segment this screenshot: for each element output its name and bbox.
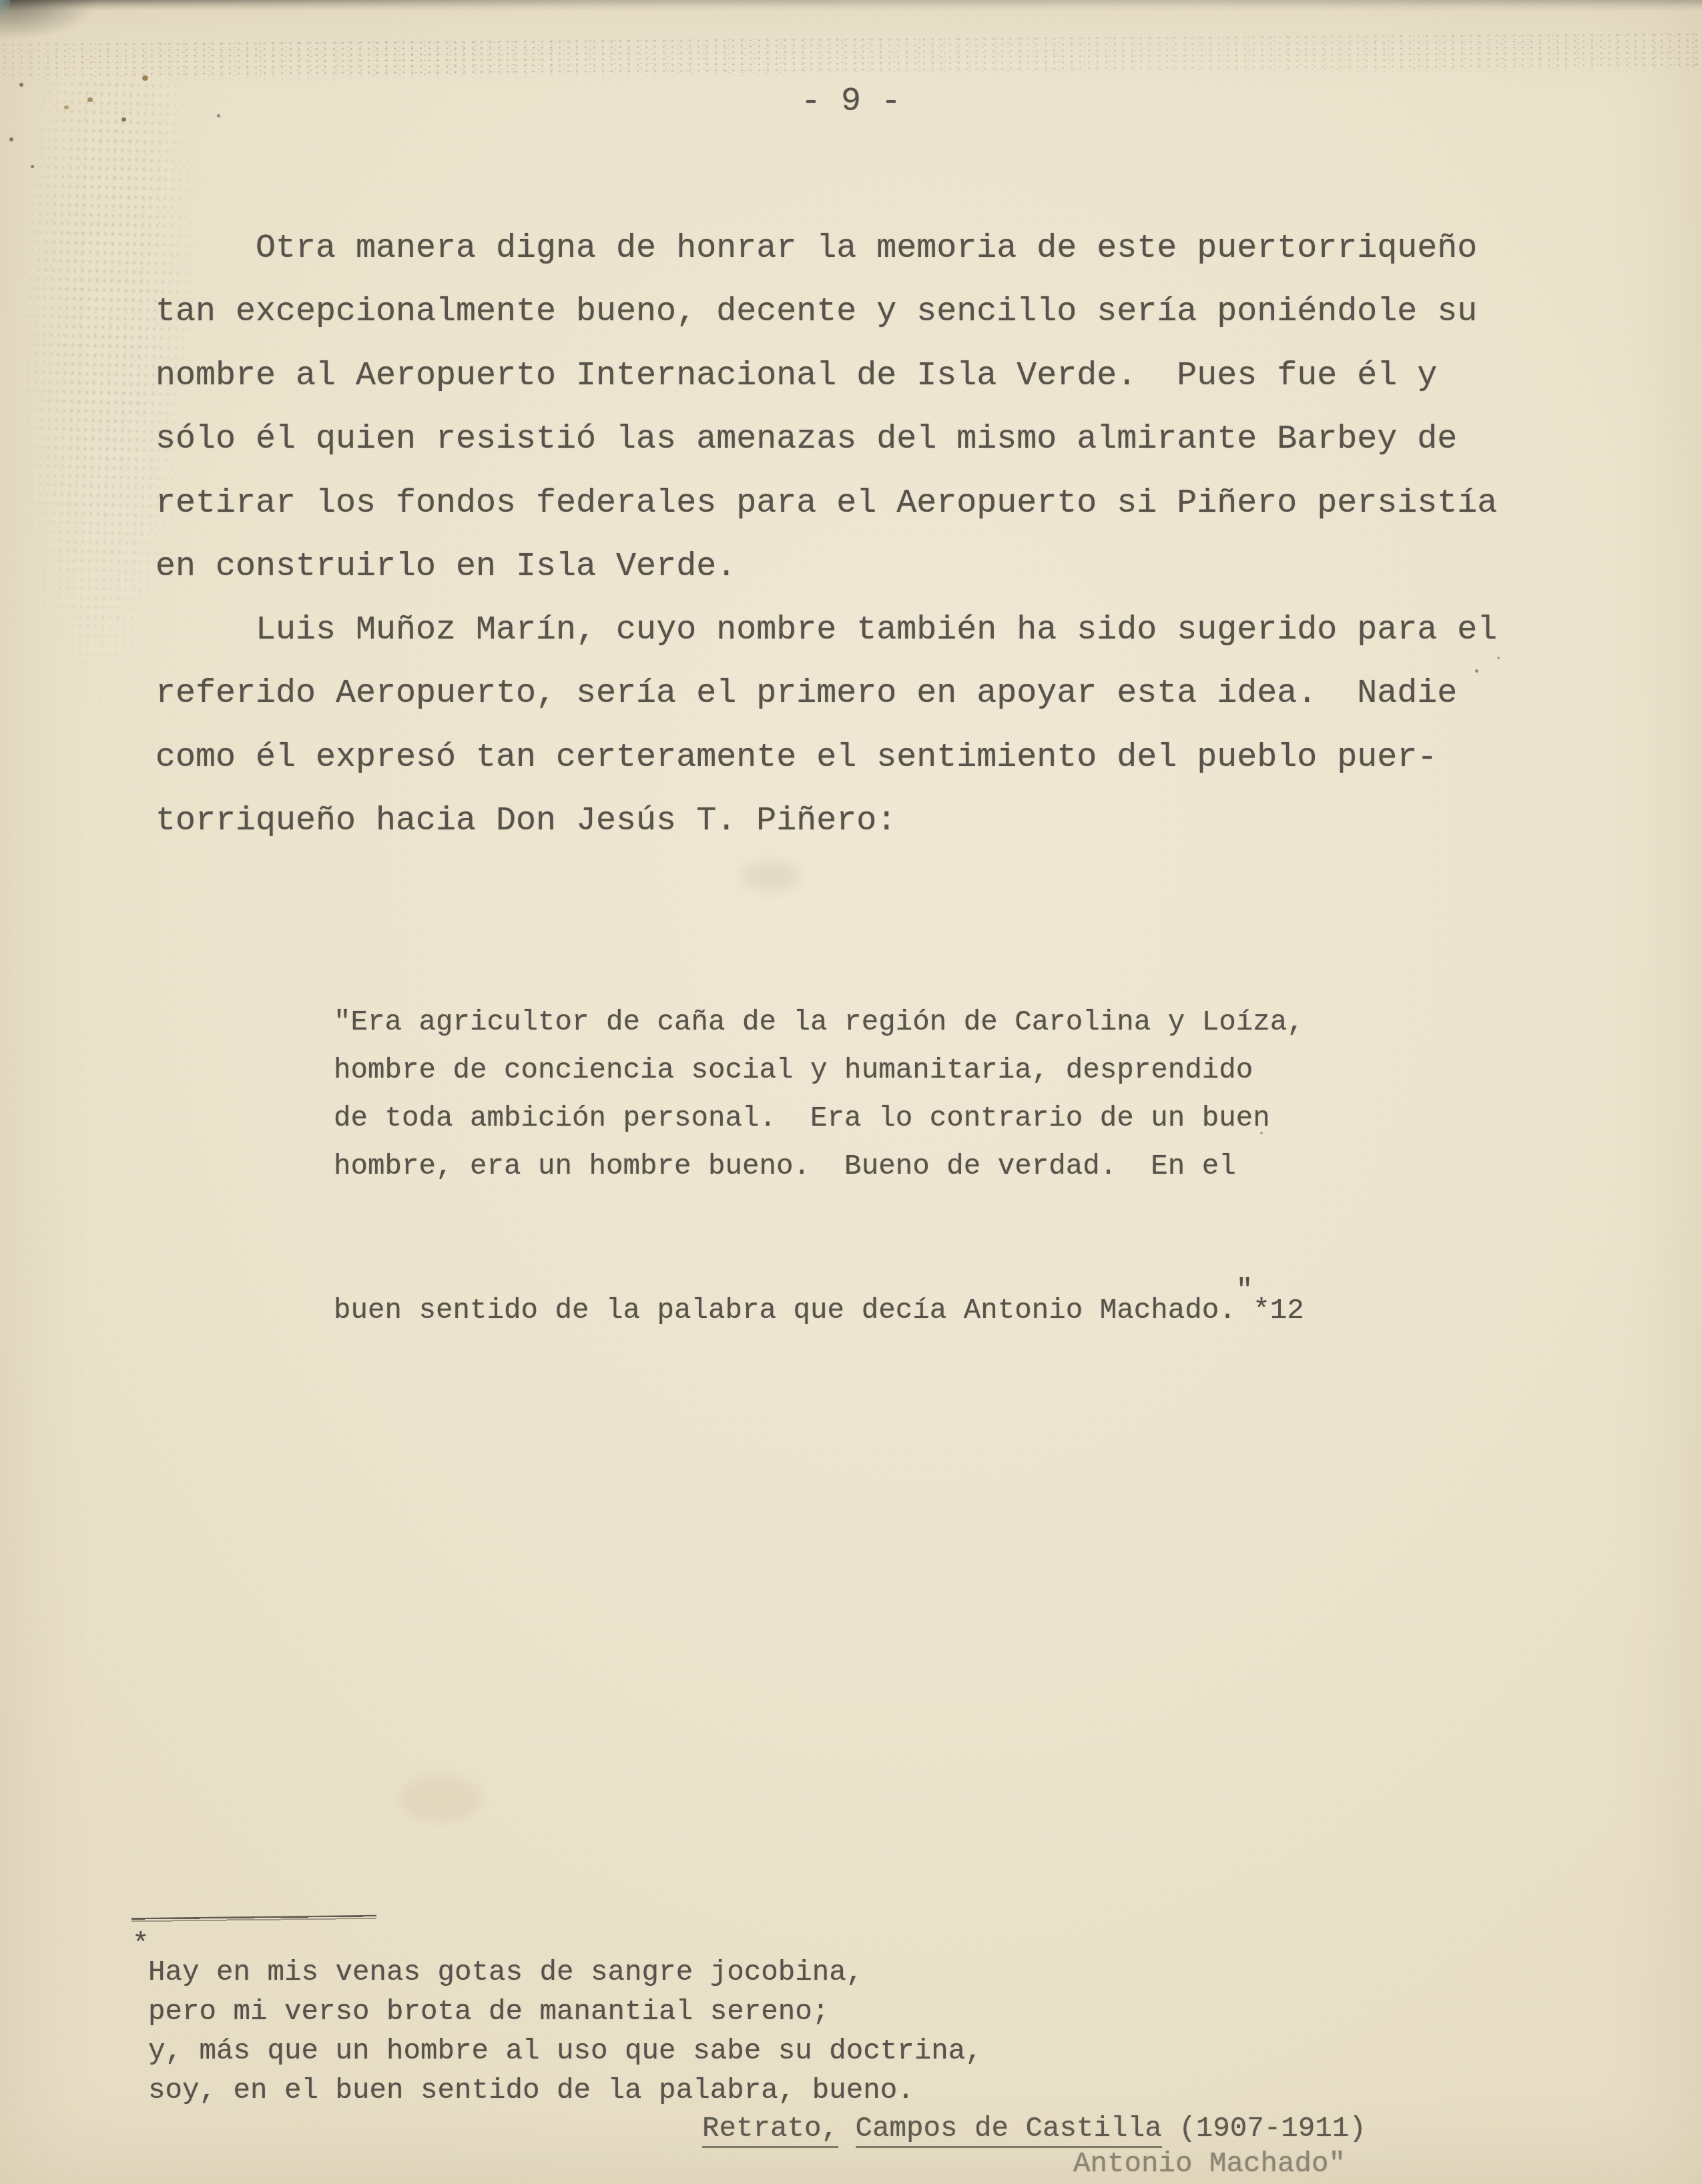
pencil-smudge-band-top [0,31,1702,81]
citation-work-retrato: Retrato, [702,2113,838,2148]
paper-speck [64,105,69,109]
citation-work-campos: Campos de Castilla [856,2113,1162,2148]
footnote-separator-rule [131,1915,376,1922]
block-quote-last-line: buen sentido de la palabra que decía Ant… [334,1287,1415,1335]
footnote-citation: Retrato, Campos de Castilla (1907-1911) [702,2112,1366,2145]
paragraph-2: Luis Muñoz Marín, cuyo nombre también ha… [156,599,1544,853]
footnote-attribution: Antonio Machado" [1073,2147,1346,2181]
paper-speck [142,75,148,81]
footnote-poem: Hay en mis venas gotas de sangre jocobin… [148,1953,1149,2111]
scanner-corner-sliver [0,0,10,16]
corner-shadow [0,0,100,40]
typescript-page: - 9 - Otra manera digna de honrar la mem… [0,0,1702,2184]
footnote-reference: *12 [1253,1295,1304,1327]
page-number: - 9 - [801,85,901,119]
block-quote-lines: "Era agricultor de caña de la región de … [334,998,1415,1190]
paragraph-1: Otra manera digna de honrar la memoria d… [156,217,1544,599]
raised-closing-quote: " [1236,1266,1253,1315]
paper-speck [9,137,13,141]
block-quote: "Era agricultor de caña de la región de … [334,902,1415,1431]
paper-stain [400,1775,481,1822]
scan-top-edge-shadow [0,0,1702,11]
footnote-asterisk: * [132,1930,150,1959]
paper-speck [31,165,34,168]
paper-speck [121,117,126,121]
block-quote-last-line-text: buen sentido de la palabra que decía Ant… [334,1295,1236,1327]
paper-stain [741,861,801,891]
paper-speck [217,114,220,117]
citation-separator [838,2113,856,2145]
citation-years: (1907-1911) [1162,2113,1366,2145]
paper-speck [87,97,93,102]
paper-speck [19,83,23,87]
